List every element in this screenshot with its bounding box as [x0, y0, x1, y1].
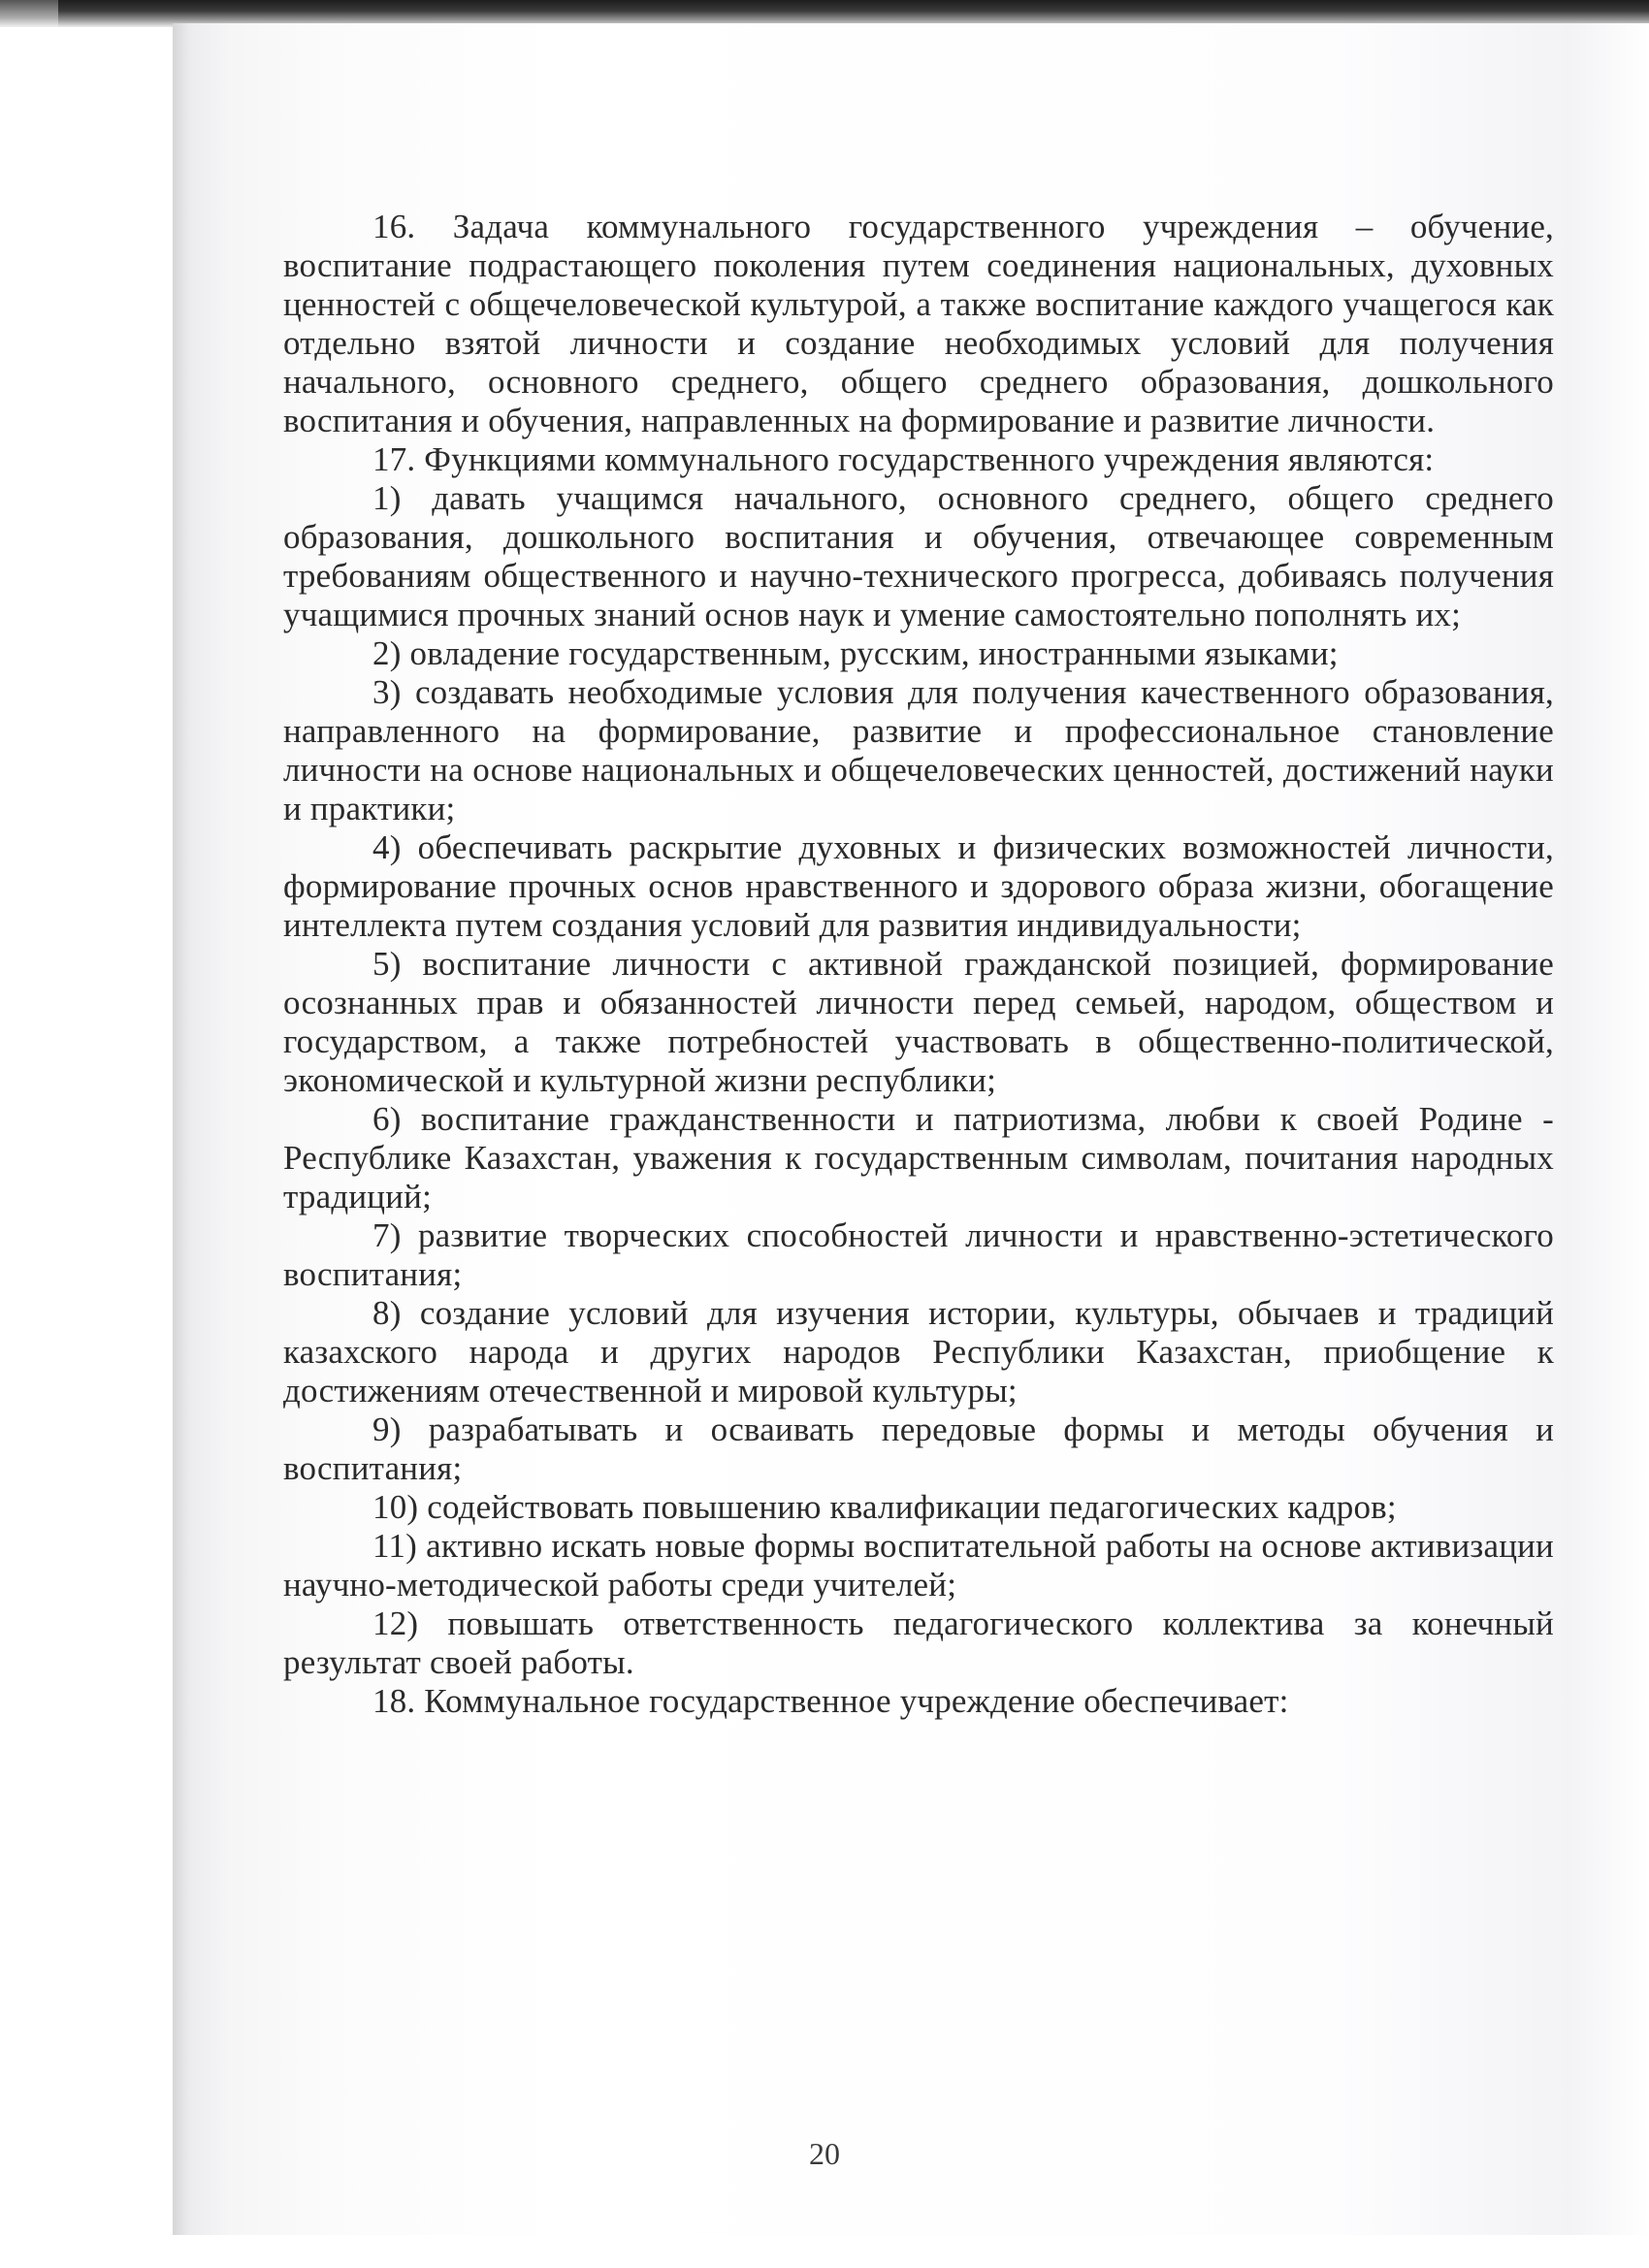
function-item-4: 4) обеспечивать раскрытие духовных и физ… [283, 828, 1554, 945]
function-item-7: 7) развитие творческих способностей личн… [283, 1216, 1554, 1294]
function-item-1: 1) давать учащимся начального, основного… [283, 479, 1554, 634]
outer-margin [0, 27, 173, 2268]
function-item-12: 12) повышать ответственность педагогичес… [283, 1604, 1554, 1682]
page-number: 20 [0, 2136, 1649, 2172]
function-item-6: 6) воспитание гражданственности и патрио… [283, 1100, 1554, 1216]
paragraph-16: 16. Задача коммунального государственног… [283, 208, 1554, 440]
function-item-8: 8) создание условий для изучения истории… [283, 1294, 1554, 1410]
function-item-5: 5) воспитание личности с активной гражда… [283, 945, 1554, 1100]
scanner-edge-corner [0, 0, 58, 29]
paragraph-18: 18. Коммунальное государственное учрежде… [283, 1682, 1554, 1721]
paragraph-17: 17. Функциями коммунального государствен… [283, 440, 1554, 479]
function-item-9: 9) разрабатывать и осваивать передовые ф… [283, 1410, 1554, 1488]
function-item-11: 11) активно искать новые формы воспитате… [283, 1527, 1554, 1604]
function-item-2: 2) овладение государственным, русским, и… [283, 634, 1554, 673]
page-content: 16. Задача коммунального государственног… [283, 208, 1554, 1721]
function-item-10: 10) содействовать повышению квалификации… [283, 1488, 1554, 1527]
function-item-3: 3) создавать необходимые условия для пол… [283, 673, 1554, 828]
outer-margin-bottom [0, 2235, 1649, 2268]
